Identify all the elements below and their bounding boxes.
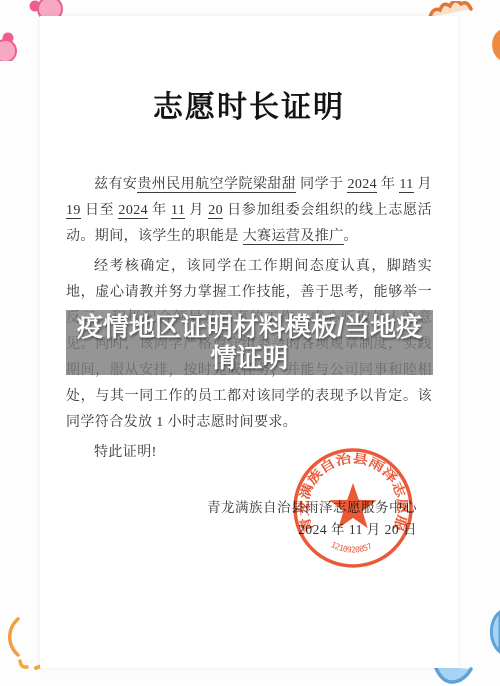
official-seal-stamp: 青龙满族自治县雨泽志愿服务中心 1210920857 (283, 438, 423, 578)
seal-star-icon (329, 483, 377, 528)
end-year: 2024 (118, 203, 148, 219)
watermark-text: 疫情地区证明材料模板/当地疫情证明 (66, 312, 433, 374)
start-day: 19 (66, 203, 81, 219)
blue-blob-right-icon (486, 608, 500, 656)
screenshot-root: 志愿时长证明 兹有安贵州民用航空学院梁甜甜 同学于 2024 年 11 月 19… (0, 0, 500, 686)
page-title: 志愿时长证明 (66, 90, 432, 126)
orange-arc-bottom-left-icon (4, 617, 22, 657)
school-and-student-name: 贵州民用航空学院梁甜甜 (137, 177, 296, 193)
orange-blob-right-icon (487, 29, 500, 61)
end-day: 20 (208, 203, 223, 219)
start-month: 11 (399, 177, 413, 193)
svg-text:1210920857: 1210920857 (329, 540, 373, 555)
paragraph-intro: 兹有安贵州民用航空学院梁甜甜 同学于 2024 年 11 月 19 日至 202… (66, 172, 432, 250)
start-year: 2024 (347, 177, 377, 193)
seal-serial-number: 1210920857 (329, 540, 373, 555)
end-month: 11 (171, 203, 185, 219)
role-name: 大赛运营及推广 (243, 229, 344, 245)
pink-balloon-left-icon (0, 31, 21, 61)
watermark-banner: 疫情地区证明材料模板/当地疫情证明 (66, 310, 433, 375)
